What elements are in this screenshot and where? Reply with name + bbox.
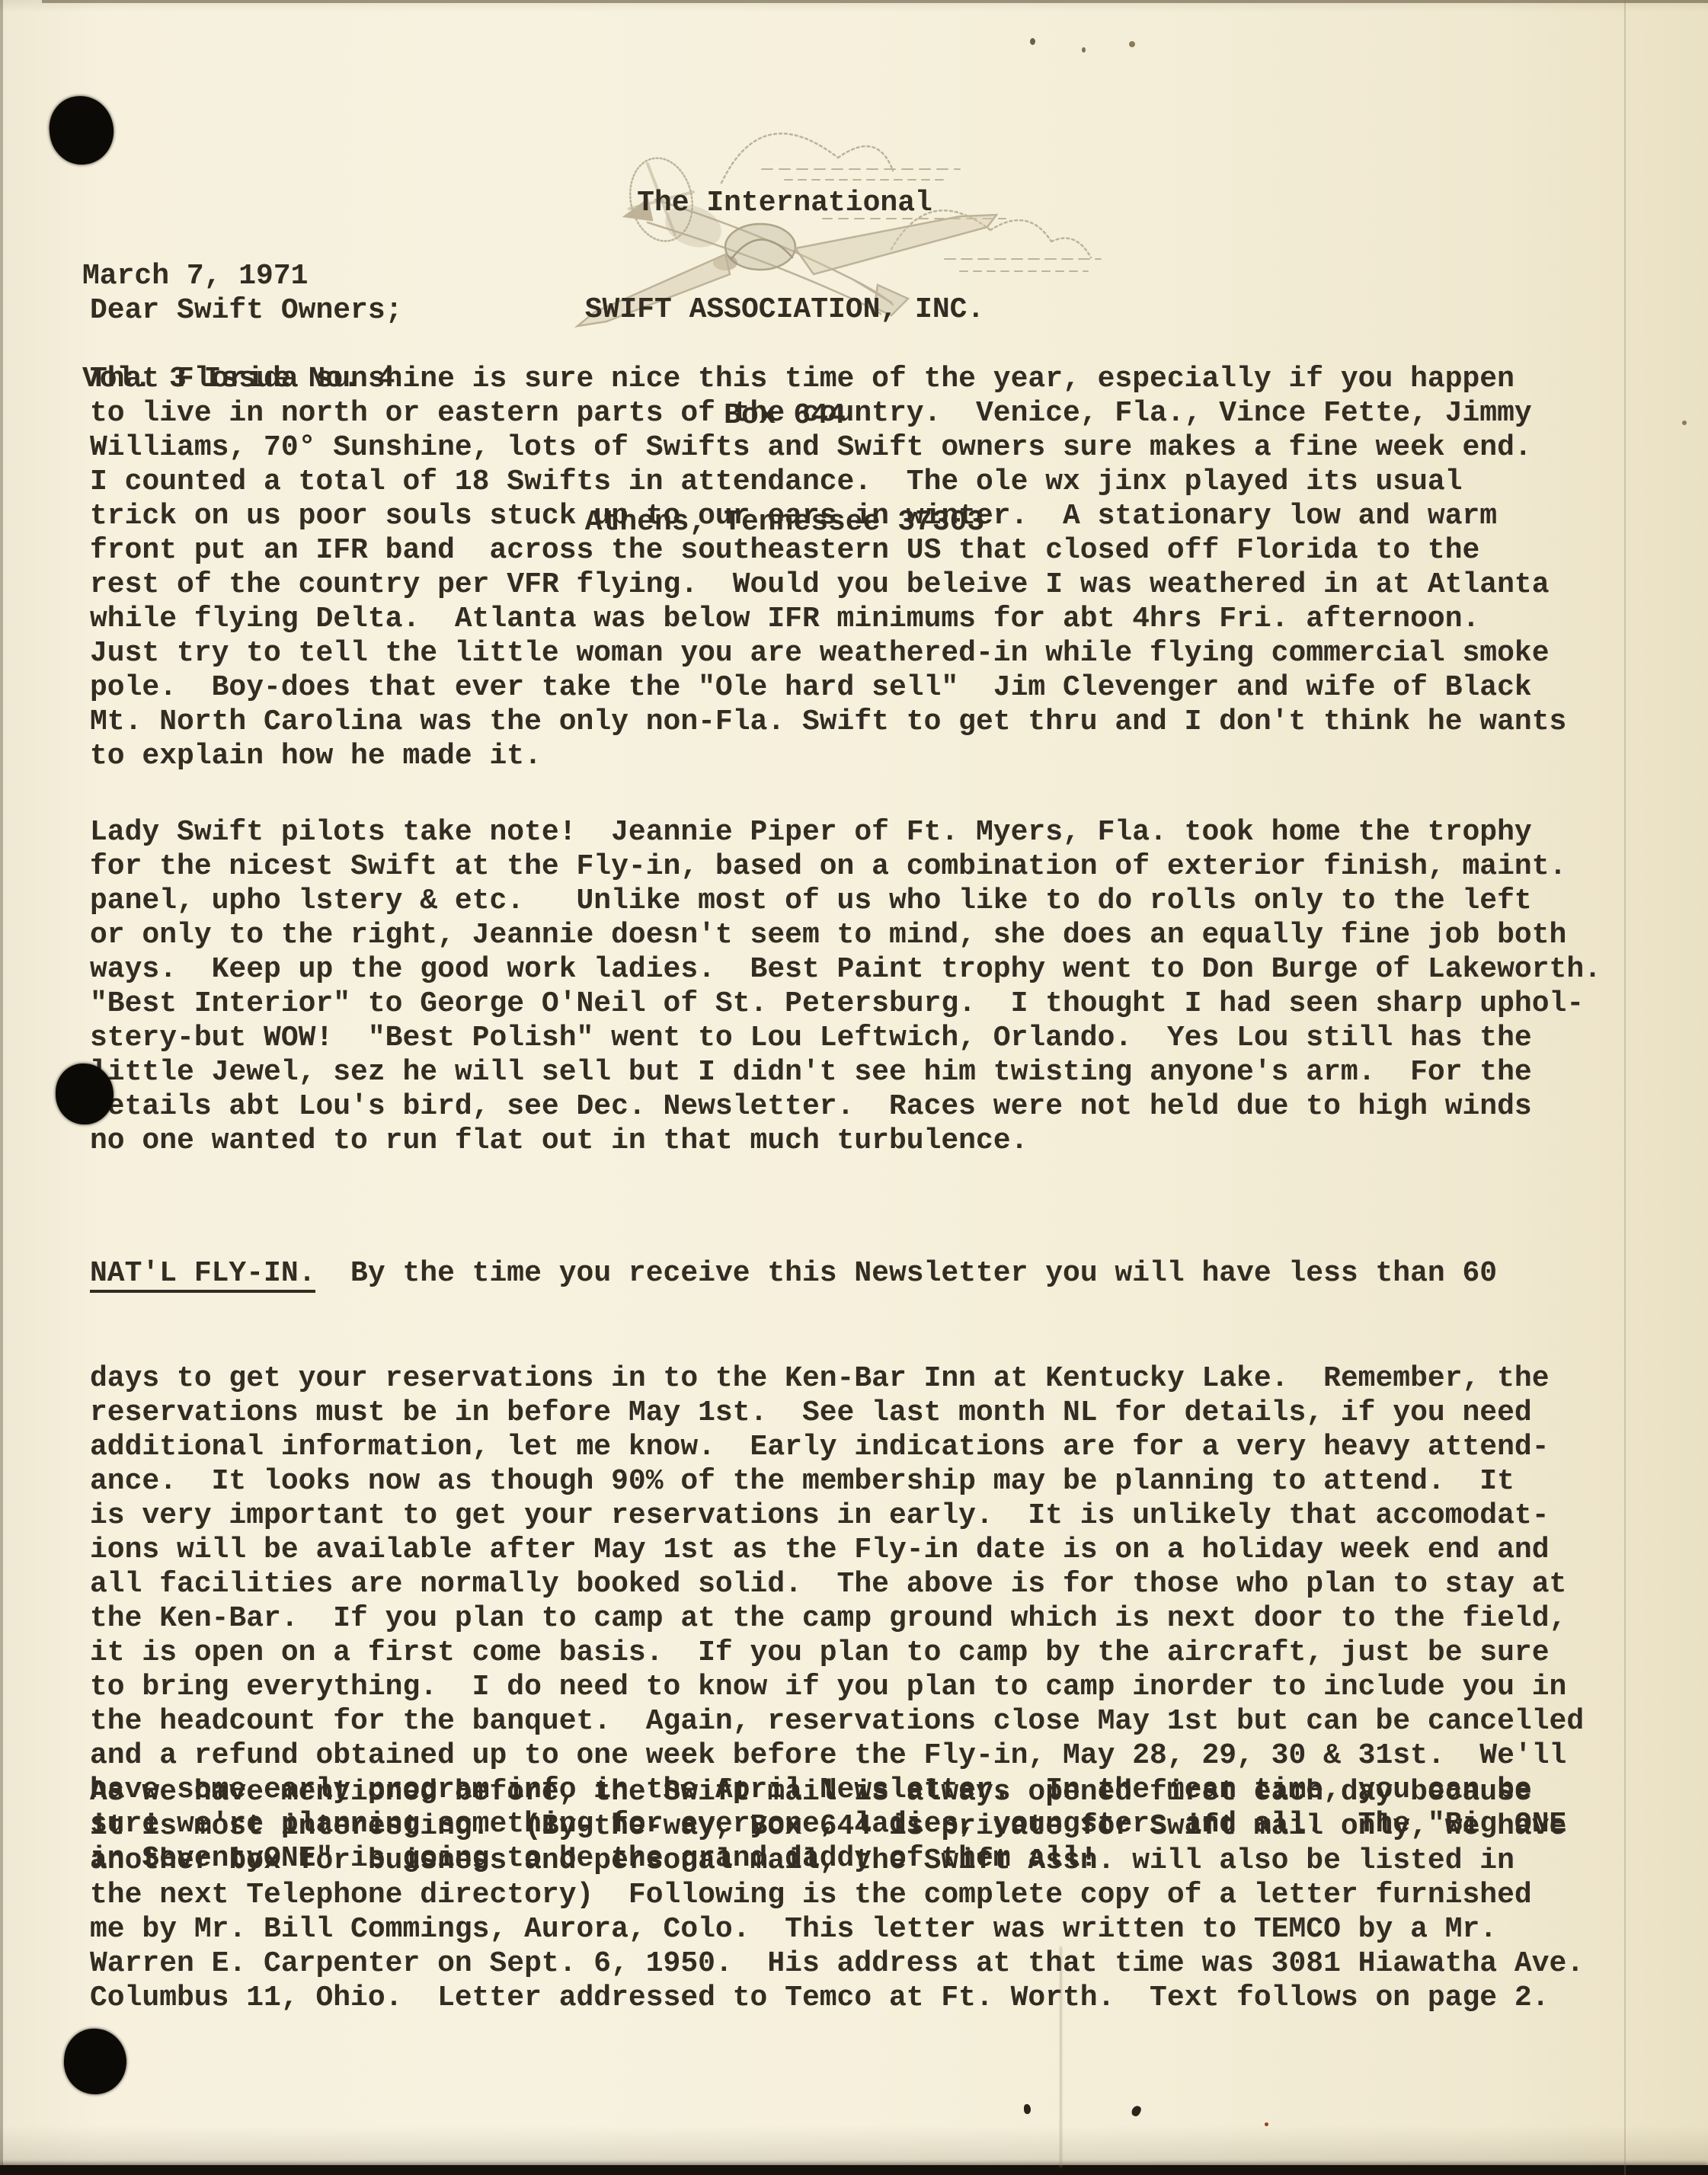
text-line: to bring everything. I do need to know i… bbox=[90, 1670, 1584, 1704]
text-line: front put an IFR band across the southea… bbox=[90, 533, 1566, 568]
text-line: As we have mentioned before, the Swift m… bbox=[90, 1775, 1584, 1809]
text-line: and a refund obtained up to one week bef… bbox=[90, 1738, 1584, 1773]
text-line: to live in north or eastern parts of the… bbox=[90, 396, 1566, 430]
heading-rest: By the time you receive this Newsletter … bbox=[315, 1257, 1497, 1290]
text-line: Lady Swift pilots take note! Jeannie Pip… bbox=[90, 815, 1601, 849]
paragraph-lady-swift-pilots: Lady Swift pilots take note! Jeannie Pip… bbox=[90, 815, 1601, 1158]
text-line: it is most interesting. (By-the-way, Box… bbox=[90, 1809, 1584, 1844]
text-line: the Ken-Bar. If you plan to camp at the … bbox=[90, 1601, 1584, 1636]
paragraph-swift-mail: As we have mentioned before, the Swift m… bbox=[90, 1775, 1584, 2015]
masthead-line1: The International bbox=[465, 186, 1105, 222]
text-line: ions will be available after May 1st as … bbox=[90, 1533, 1584, 1567]
punch-hole-bottom bbox=[61, 2026, 129, 2097]
text-line: days to get your reservations in to the … bbox=[90, 1361, 1584, 1396]
text-line: no one wanted to run flat out in that mu… bbox=[90, 1124, 1601, 1158]
ink-speck bbox=[1131, 2104, 1143, 2117]
text-line: Williams, 70° Sunshine, lots of Swifts a… bbox=[90, 430, 1566, 465]
text-line: additional information, let me know. Ear… bbox=[90, 1430, 1584, 1464]
text-line: me by Mr. Bill Commings, Aurora, Colo. T… bbox=[90, 1912, 1584, 1946]
text-line: while flying Delta. Atlanta was below IF… bbox=[90, 602, 1566, 636]
newsletter-page: The International SWIFT ASSOCIATION, INC… bbox=[0, 0, 1708, 2175]
text-line: Warren E. Carpenter on Sept. 6, 1950. Hi… bbox=[90, 1946, 1584, 1981]
text-line: pole. Boy-does that ever take the "Ole h… bbox=[90, 670, 1566, 705]
masthead-line2: SWIFT ASSOCIATION, INC. bbox=[465, 293, 1105, 328]
text-line: or only to the right, Jeannie doesn't se… bbox=[90, 918, 1601, 952]
text-line: That Florida sunshine is sure nice this … bbox=[90, 362, 1566, 396]
text-line: "Best Interior" to George O'Neil of St. … bbox=[90, 987, 1601, 1021]
natl-fly-in-heading: NAT'L FLY-IN. bbox=[90, 1259, 315, 1293]
punch-hole-top bbox=[46, 93, 117, 168]
ink-speck bbox=[1129, 41, 1135, 47]
text-line: Just try to tell the little woman you ar… bbox=[90, 636, 1566, 670]
scan-left-edge bbox=[0, 0, 3, 2175]
text-line: another box for buisness and personal ma… bbox=[90, 1844, 1584, 1878]
text-line: little Jewel, sez he will sell but I did… bbox=[90, 1055, 1601, 1089]
text-line: reservations must be in before May 1st. … bbox=[90, 1396, 1584, 1430]
text-line: it is open on a first come basis. If you… bbox=[90, 1636, 1584, 1670]
text-line: ance. It looks now as though 90% of the … bbox=[90, 1464, 1584, 1499]
text-line: Columbus 11, Ohio. Letter addressed to T… bbox=[90, 1981, 1584, 2015]
text-line: the headcount for the banquet. Again, re… bbox=[90, 1704, 1584, 1738]
ink-speck bbox=[1024, 2104, 1031, 2114]
salutation: Dear Swift Owners; bbox=[90, 293, 402, 328]
ink-speck bbox=[1682, 421, 1687, 425]
text-line: rest of the country per VFR flying. Woul… bbox=[90, 568, 1566, 602]
ink-speck bbox=[1030, 38, 1035, 45]
heading-line: NAT'L FLY-IN. By the time you receive th… bbox=[90, 1256, 1584, 1293]
ink-speck bbox=[1082, 47, 1086, 53]
text-line: is very important to get your reservatio… bbox=[90, 1499, 1584, 1533]
date-line: March 7, 1971 bbox=[82, 259, 395, 293]
text-line: panel, upho lstery & etc. Unlike most of… bbox=[90, 884, 1601, 918]
text-line: for the nicest Swift at the Fly-in, base… bbox=[90, 849, 1601, 884]
punch-hole-middle bbox=[56, 1064, 114, 1124]
text-line: details abt Lou's bird, see Dec. Newslet… bbox=[90, 1089, 1601, 1124]
text-line: Mt. North Carolina was the only non-Fla.… bbox=[90, 705, 1566, 739]
scan-bottom-edge bbox=[0, 2165, 1708, 2175]
text-line: all facilities are normally booked solid… bbox=[90, 1567, 1584, 1601]
ink-speck bbox=[1265, 2122, 1268, 2126]
text-line: the next Telephone directory) Following … bbox=[90, 1878, 1584, 1912]
scan-top-edge bbox=[42, 0, 1708, 3]
paper-crease-right bbox=[1624, 0, 1626, 2175]
paragraph-florida-sunshine: That Florida sunshine is sure nice this … bbox=[90, 362, 1566, 773]
text-line: to explain how he made it. bbox=[90, 739, 1566, 773]
text-line: stery-but WOW! "Best Polish" went to Lou… bbox=[90, 1021, 1601, 1055]
paper-crease-bottom bbox=[1060, 1946, 1062, 2167]
text-line: ways. Keep up the good work ladies. Best… bbox=[90, 952, 1601, 987]
text-line: trick on us poor souls stuck up to our e… bbox=[90, 499, 1566, 533]
text-line: I counted a total of 18 Swifts in attend… bbox=[90, 465, 1566, 499]
